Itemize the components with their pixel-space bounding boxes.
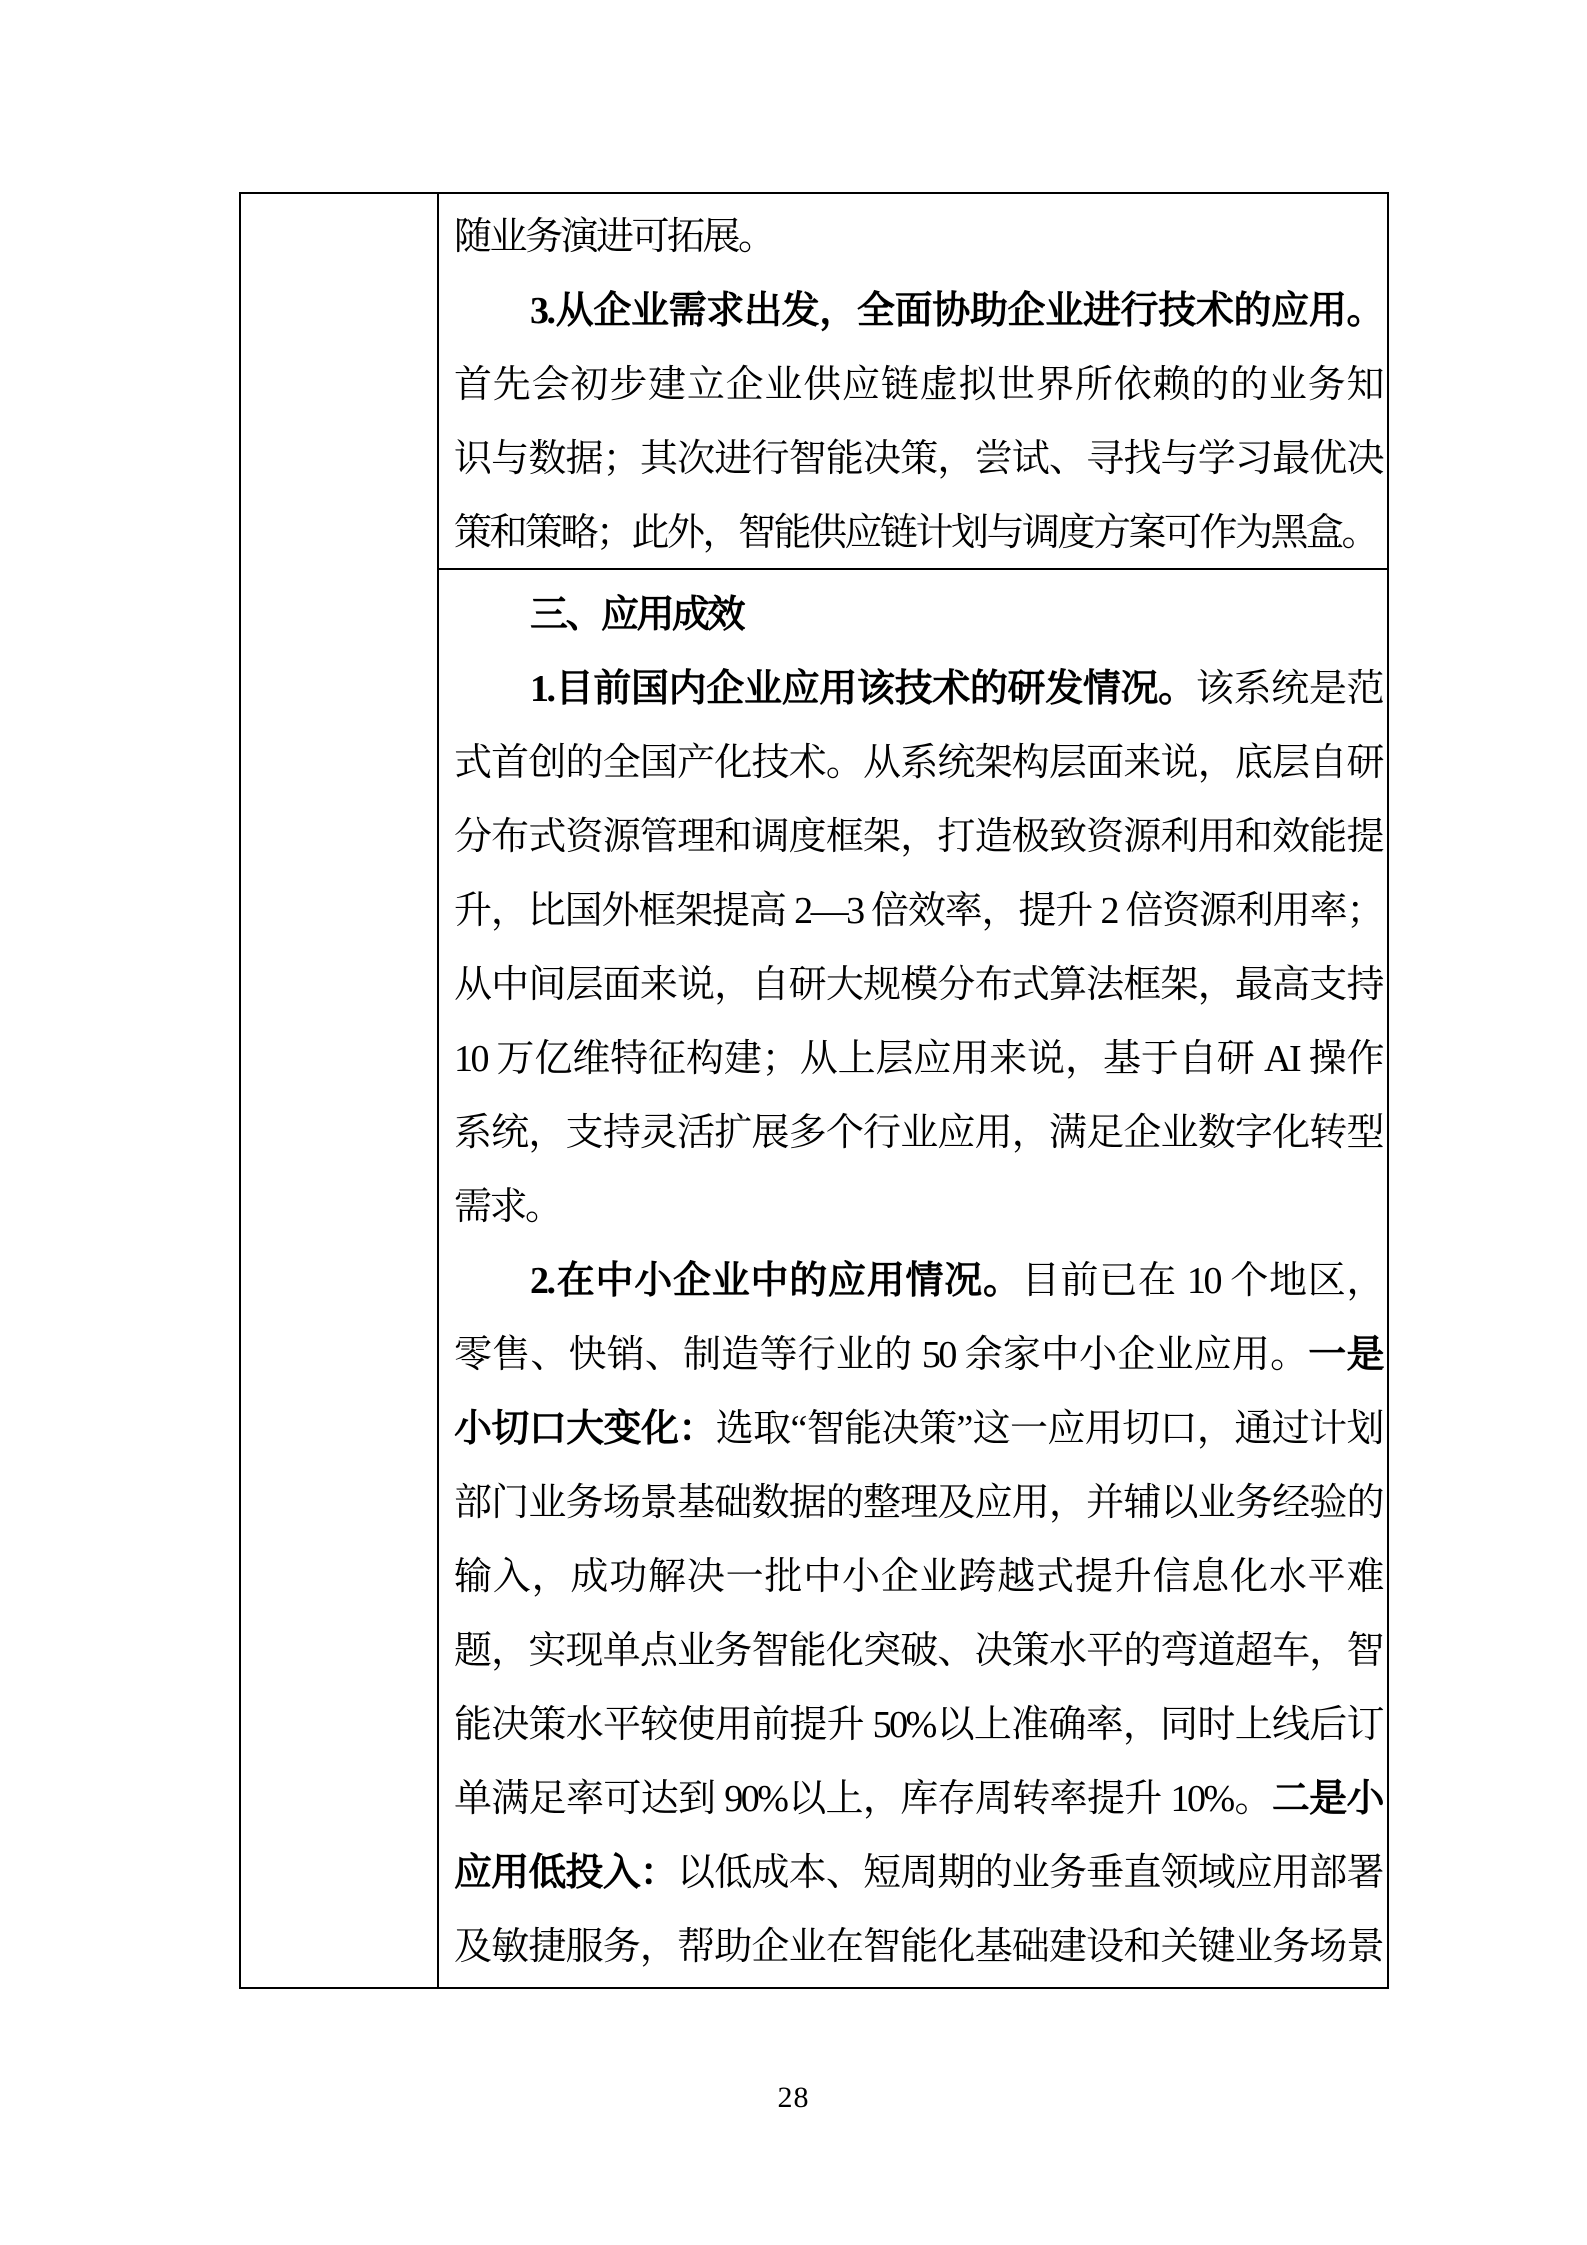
text-line: 单满足率可达到 90%以上，库存周转率提升 10%。二是小 (454, 1762, 1382, 1836)
content-table: 随业务演进可拓展。3.从企业需求出发，全面协助企业进行技术的应用。首先会初步建立… (239, 192, 1389, 1989)
page-number: 28 (0, 2080, 1587, 2116)
text-line: 三、应用成效 (454, 578, 1382, 652)
text-segment: 升，比国外框架提高 2—3 倍效率，提升 2 倍资源利用率； (454, 890, 1382, 932)
text-line: 小切口大变化：选取“智能决策”这一应用切口，通过计划 (454, 1392, 1382, 1466)
text-line: 题，实现单点业务智能化突破、决策水平的弯道超车，智 (454, 1614, 1382, 1688)
text-segment-bold: 1.目前国内企业应用该技术的研发情况。 (530, 668, 1196, 710)
table-right-cell: 随业务演进可拓展。3.从企业需求出发，全面协助企业进行技术的应用。首先会初步建立… (439, 194, 1387, 1987)
text-segment: 系统，支持灵活扩展多个行业应用，满足企业数字化转型 (454, 1112, 1382, 1154)
text-segment: 首先会初步建立企业供应链虚拟世界所依赖的的业务知 (454, 364, 1382, 406)
text-segment: 能决策水平较使用前提升 50%以上准确率，同时上线后订 (454, 1704, 1382, 1746)
text-segment: 及敏捷服务，帮助企业在智能化基础建设和关键业务场景 (454, 1926, 1382, 1968)
table-left-cell (241, 194, 439, 1987)
text-segment: 策和策略；此外，智能供应链计划与调度方案可作为黑盒。 (454, 512, 1377, 554)
table-row-top: 随业务演进可拓展。3.从企业需求出发，全面协助企业进行技术的应用。首先会初步建立… (439, 194, 1387, 570)
text-segment: 零售、快销、制造等行业的 50 余家中小企业应用。 (454, 1334, 1308, 1376)
text-line: 随业务演进可拓展。 (454, 200, 1382, 274)
text-line: 升，比国外框架提高 2—3 倍效率，提升 2 倍资源利用率； (454, 874, 1382, 948)
text-segment: 分布式资源管理和调度框架，打造极致资源利用和效能提 (454, 816, 1382, 858)
text-line: 及敏捷服务，帮助企业在智能化基础建设和关键业务场景 (454, 1910, 1382, 1984)
text-line: 能决策水平较使用前提升 50%以上准确率，同时上线后订 (454, 1688, 1382, 1762)
text-line: 需求。 (454, 1170, 1382, 1244)
text-line: 零售、快销、制造等行业的 50 余家中小企业应用。一是 (454, 1318, 1382, 1392)
text-segment-bold: 3.从企业需求出发，全面协助企业进行技术的应用。 (530, 290, 1382, 332)
text-segment: 选取“智能决策”这一应用切口，通过计划 (716, 1408, 1382, 1450)
text-line: 1.目前国内企业应用该技术的研发情况。该系统是范 (454, 652, 1382, 726)
text-segment: 输入，成功解决一批中小企业跨越式提升信息化水平难 (454, 1556, 1382, 1598)
text-line: 3.从企业需求出发，全面协助企业进行技术的应用。 (454, 274, 1382, 348)
table-row-bottom: 三、应用成效1.目前国内企业应用该技术的研发情况。该系统是范式首创的全国产化技术… (439, 570, 1387, 1987)
text-segment: 以低成本、短周期的业务垂直领域应用部署 (677, 1852, 1382, 1894)
text-segment-bold: 小切口大变化： (454, 1408, 716, 1450)
text-line: 应用低投入：以低成本、短周期的业务垂直领域应用部署 (454, 1836, 1382, 1910)
text-segment: 目前已在 10 个地区， (1022, 1260, 1382, 1302)
text-line: 系统，支持灵活扩展多个行业应用，满足企业数字化转型 (454, 1096, 1382, 1170)
text-segment: 单满足率可达到 90%以上，库存周转率提升 10%。 (454, 1778, 1272, 1820)
text-segment: 需求。 (454, 1186, 561, 1228)
text-segment: 10 万亿维特征构建；从上层应用来说，基于自研 AI 操作 (454, 1038, 1382, 1080)
text-segment: 部门业务场景基础数据的整理及应用，并辅以业务经验的 (454, 1482, 1382, 1524)
text-segment: 识与数据；其次进行智能决策，尝试、寻找与学习最优决 (454, 438, 1382, 480)
text-segment-bold: 二是小 (1272, 1778, 1382, 1820)
text-segment-bold: 应用低投入： (454, 1852, 677, 1894)
text-line: 部门业务场景基础数据的整理及应用，并辅以业务经验的 (454, 1466, 1382, 1540)
text-line: 策和策略；此外，智能供应链计划与调度方案可作为黑盒。 (454, 496, 1382, 570)
text-segment: 式首创的全国产化技术。从系统架构层面来说，底层自研 (454, 742, 1382, 784)
text-line: 分布式资源管理和调度框架，打造极致资源利用和效能提 (454, 800, 1382, 874)
text-segment-bold: 三、应用成效 (530, 594, 743, 636)
text-line: 输入，成功解决一批中小企业跨越式提升信息化水平难 (454, 1540, 1382, 1614)
text-segment: 题，实现单点业务智能化突破、决策水平的弯道超车，智 (454, 1630, 1382, 1672)
text-segment-bold: 一是 (1308, 1334, 1382, 1376)
text-segment: 随业务演进可拓展。 (454, 216, 774, 258)
text-line: 识与数据；其次进行智能决策，尝试、寻找与学习最优决 (454, 422, 1382, 496)
text-line: 10 万亿维特征构建；从上层应用来说，基于自研 AI 操作 (454, 1022, 1382, 1096)
text-segment: 该系统是范 (1196, 668, 1382, 710)
text-segment-bold: 2.在中小企业中的应用情况。 (530, 1260, 1022, 1302)
text-line: 式首创的全国产化技术。从系统架构层面来说，底层自研 (454, 726, 1382, 800)
text-line: 2.在中小企业中的应用情况。目前已在 10 个地区， (454, 1244, 1382, 1318)
text-line: 首先会初步建立企业供应链虚拟世界所依赖的的业务知 (454, 348, 1382, 422)
text-segment: 从中间层面来说，自研大规模分布式算法框架，最高支持 (454, 964, 1382, 1006)
text-line: 从中间层面来说，自研大规模分布式算法框架，最高支持 (454, 948, 1382, 1022)
